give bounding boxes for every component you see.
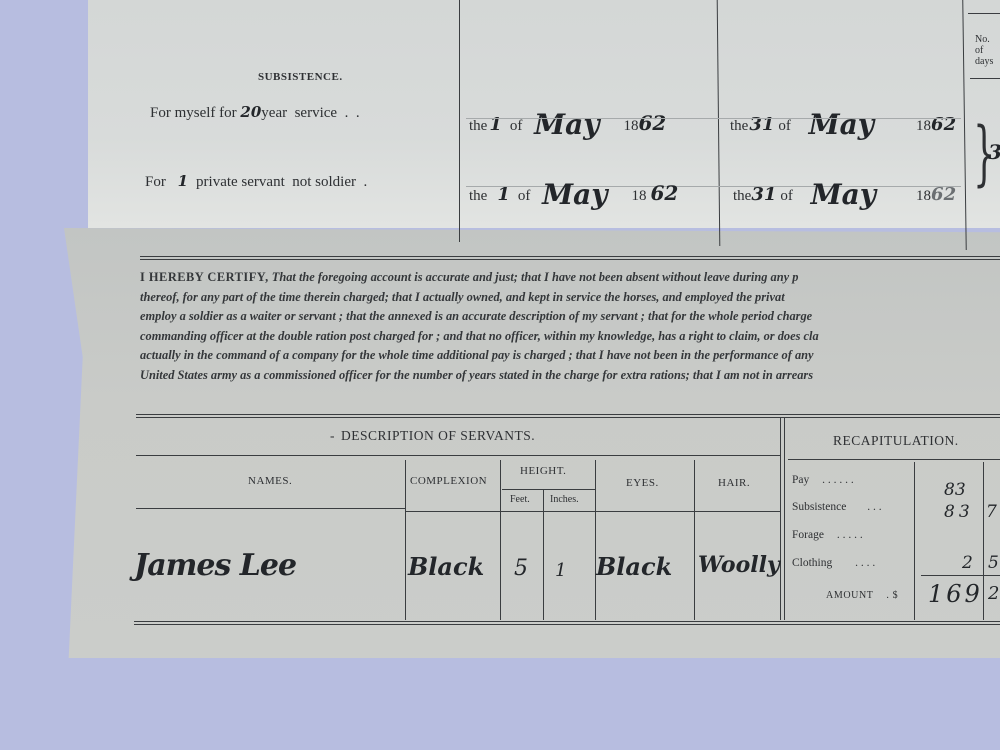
servant-complexion[interactable]: Black	[408, 552, 484, 581]
certify-lead: I HEREBY CERTIFY,	[140, 270, 269, 284]
of-label: of	[780, 188, 793, 204]
from-year[interactable]: 62	[651, 181, 679, 205]
column-rule	[543, 489, 544, 620]
col-header-height: HEIGHT.	[520, 465, 566, 477]
header-rule	[970, 78, 1000, 79]
years-handwritten[interactable]: 20	[240, 103, 261, 121]
servants-handwritten[interactable]: 1	[178, 172, 188, 190]
recap-dollars[interactable]: 83	[944, 480, 966, 500]
recap-cents[interactable]: 5	[988, 553, 999, 573]
recap-cents[interactable]: 7	[986, 502, 997, 522]
amount-label: AMOUNT . $	[826, 590, 898, 601]
table-rule	[502, 489, 596, 490]
recap-dollars[interactable]: 83	[944, 502, 974, 522]
table-rule	[136, 508, 406, 509]
col-header-hair: HAIR.	[718, 477, 750, 489]
certification-text: I HEREBY CERTIFY, That the foregoing acc…	[140, 268, 1000, 385]
recap-heading: RECAPITULATION.	[833, 433, 959, 449]
servants-heading: -DESCRIPTION OF SERVANTS.	[330, 428, 535, 444]
from-month[interactable]: May	[542, 178, 607, 211]
label-prefix: For myself for	[150, 105, 237, 121]
label-prefix: For	[145, 174, 166, 190]
days-value[interactable]: 3	[988, 140, 1000, 164]
recap-label: Subsistence . . .	[792, 501, 882, 513]
the-label: the	[469, 118, 487, 134]
table-rule	[406, 511, 780, 512]
recap-label: Pay . . . . . .	[792, 474, 854, 486]
to-month[interactable]: May	[811, 178, 876, 211]
cert-line: United States army as a commissioned off…	[140, 366, 1000, 386]
table-rule	[136, 455, 780, 456]
servant-eyes[interactable]: Black	[596, 552, 672, 581]
row-rule	[466, 118, 961, 119]
header-rule	[968, 13, 1000, 14]
year-prefix: 18	[916, 188, 931, 204]
cert-line: thereof, for any part of the time therei…	[140, 288, 1000, 308]
amount-cents[interactable]: 2	[988, 583, 999, 604]
row-label: For myself for 20year service . .	[150, 103, 360, 122]
days-header: No. of days	[975, 34, 999, 67]
col-header-names: NAMES.	[248, 475, 292, 487]
year-prefix: 18	[624, 118, 639, 134]
of-label: of	[518, 188, 531, 204]
col-header-eyes: EYES.	[626, 477, 659, 489]
to-day[interactable]: 31	[751, 184, 776, 205]
dash-mark: -	[330, 428, 335, 443]
cert-line: actually in the command of a company for…	[140, 346, 1000, 366]
cert-line: commanding officer at the double ration …	[140, 327, 1000, 347]
column-rule	[405, 460, 406, 620]
of-label: of	[510, 118, 523, 134]
from-year[interactable]: 62	[639, 111, 667, 135]
col-header-feet: Feet.	[510, 494, 530, 505]
total-rule	[921, 575, 1000, 576]
to-date: the31of May1862	[733, 174, 956, 207]
to-year[interactable]: 62	[931, 184, 956, 205]
recap-dollars[interactable]: 2	[962, 553, 973, 573]
the-label: the	[730, 118, 748, 134]
from-day[interactable]: 1	[497, 184, 510, 205]
row-label: For 1private servant not soldier .	[145, 172, 367, 191]
servant-hair[interactable]: Woolly	[698, 552, 780, 578]
to-month[interactable]: May	[809, 108, 874, 141]
servant-name[interactable]: James Lee	[134, 548, 296, 583]
the-label: the	[733, 188, 751, 204]
of-label: of	[778, 118, 791, 134]
servant-feet[interactable]: 5	[514, 556, 528, 581]
from-month[interactable]: May	[534, 108, 599, 141]
from-date: the1of May1862	[469, 104, 666, 137]
section-divider	[140, 256, 1000, 260]
cert-line: That the foregoing account is accurate a…	[272, 270, 799, 284]
label-suffix: year service . .	[261, 105, 359, 121]
servants-heading-text: DESCRIPTION OF SERVANTS.	[341, 428, 535, 443]
cert-line: employ a soldier as a waiter or servant …	[140, 307, 1000, 327]
column-rule	[459, 0, 460, 242]
recap-label: Forage . . . . .	[792, 529, 863, 541]
col-header-complexion: COMPLEXION	[410, 475, 487, 487]
label-suffix: private servant not soldier .	[196, 174, 367, 190]
column-rule	[500, 460, 501, 620]
table-bottom-rule	[134, 621, 1000, 625]
column-rule	[914, 462, 915, 620]
amount-dollars[interactable]: 169	[928, 580, 983, 608]
column-rule	[780, 418, 781, 620]
col-header-inches: Inches.	[550, 494, 579, 505]
recap-label: Clothing . . . .	[792, 557, 875, 569]
column-rule	[784, 418, 785, 620]
to-date: the31of May1862	[730, 104, 956, 137]
column-rule	[694, 460, 695, 620]
table-rule	[788, 459, 1000, 460]
table-top-rule	[136, 414, 1000, 418]
subsistence-heading: SUBSISTENCE.	[258, 71, 343, 83]
column-rule	[595, 460, 596, 620]
servant-inches[interactable]: 1	[555, 560, 566, 581]
year-prefix: 18	[632, 188, 647, 204]
year-prefix: 18	[916, 118, 931, 134]
from-date: the1of May1862	[469, 174, 678, 207]
column-rule	[983, 462, 984, 620]
the-label: the	[469, 188, 487, 204]
